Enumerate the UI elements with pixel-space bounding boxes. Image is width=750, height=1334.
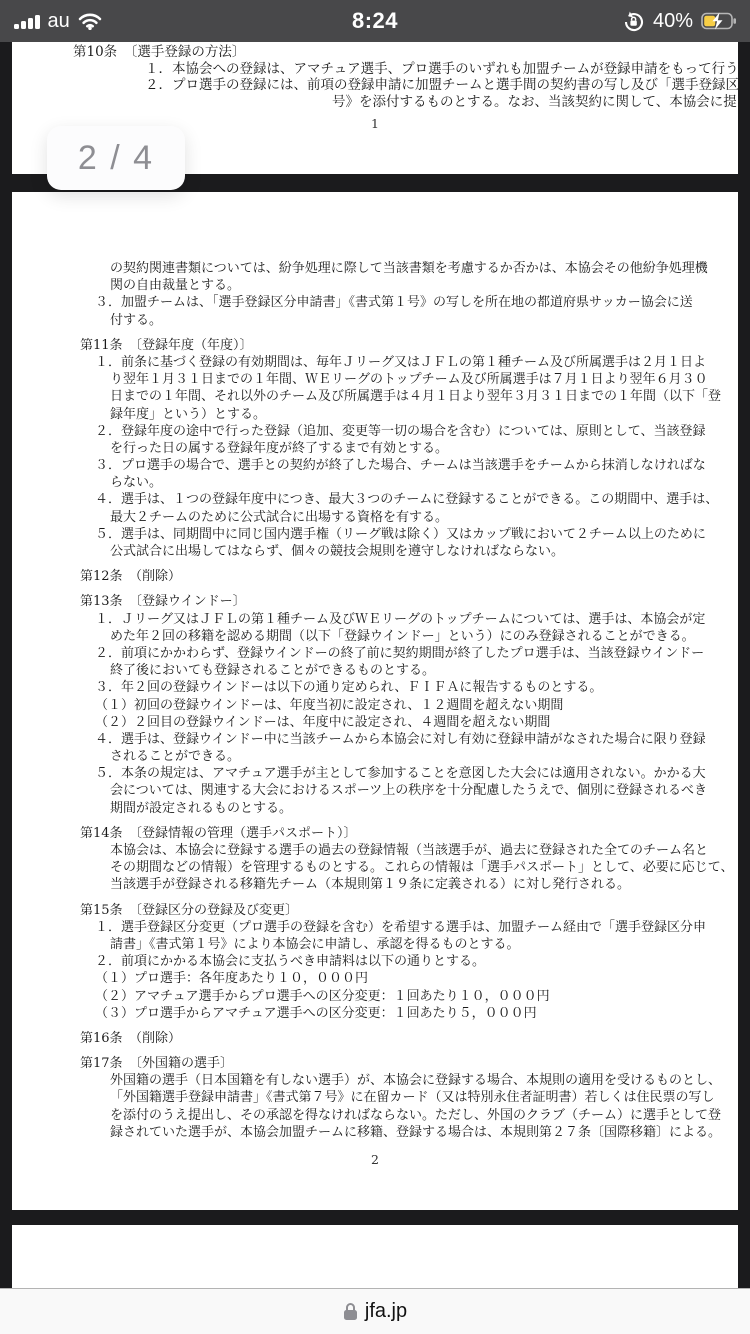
document-line: （２）アマチュア選手からプロ選手への区分変更：１回あたり１０，０００円 [12,988,738,1005]
pdf-page-3[interactable] [12,1225,738,1288]
document-line: めた年２回の移籍を認める期間（以下「登録ウインドー」という）にのみ登録されること… [12,628,738,645]
page2-number: 2 [12,1152,738,1167]
document-line: ２．登録年度の途中で行った登録（追加、変更等一切の場合を含む）については、原則と… [12,423,738,440]
document-line: 付する。 [12,312,738,329]
document-line: 第16条 （削除） [12,1030,738,1047]
document-line: 会については、関連する大会におけるスポーツ上の秩序を十分配慮したうえで、個別に登… [12,782,738,799]
document-line: ５．選手は、同期間中に同じ国内選手権（リーグ戦は除く）又はカップ戦において２チー… [12,526,738,543]
document-line: ２．プロ選手の登録には、前項の登録申請に加盟チームと選手間の契約書の写し及び「選… [12,77,738,94]
document-line: ３．年２回の登録ウインドーは以下の通り定められ、ＦＩＦＡに報告するものとする。 [12,679,738,696]
document-line: の契約関連書類については、紛争処理に際して当該書類を考慮するか否かは、本協会その… [12,260,738,277]
document-line: 日までの１年間、それ以外のチーム及び所属選手は４月１日より翌年３月３１日までの１… [12,388,738,405]
document-line: 最大２チームのために公式試合に出場する資格を有する。 [12,509,738,526]
document-line: 公式試合に出場してはならず、個々の競技会規則を遵守しなければならない。 [12,543,738,560]
document-line: ３．プロ選手の場合で、選手との契約が終了した場合、チームは当該選手をチームから抹… [12,457,738,474]
document-line: ２．前項にかかわらず、登録ウインドーの終了前に契約期間が終了したプロ選手は、当該… [12,645,738,662]
battery-percent-label: 40% [653,10,693,33]
rotation-lock-icon [622,10,645,33]
document-line: （１）初回の登録ウインドーは、年度当初に設定され、１２週間を超えない期間 [12,697,738,714]
page-indicator-badge: 2 / 4 [47,126,185,190]
lock-icon [343,1302,358,1321]
document-line: り翌年１月３１日までの１年間、ＷＥリーグのトップチーム及び所属選手は７月１日より… [12,371,738,388]
document-line: 当該選手が登録される移籍先チーム（本規則第１９条に定義される）に対し発行される。 [12,876,738,893]
document-line: 外国籍の選手（日本国籍を有しない選手）が、本協会に登録する場合、本規則の適用を受… [12,1072,738,1089]
pdf-viewer[interactable]: 第10条 〔選手登録の方法〕１．本協会への登録は、アマチュア選手、プロ選手のいず… [0,42,750,1288]
status-bar-right: 40% [622,0,738,42]
document-line: 第17条 〔外国籍の選手〕 [12,1055,738,1072]
document-line: らない。 [12,474,738,491]
document-line: （２）２回目の登録ウインドーは、年度中に設定され、４週間を超えない期間 [12,714,738,731]
document-line: 第13条 〔登録ウインドー〕 [12,593,738,610]
document-line: 第14条 〔登録情報の管理（選手パスポート）〕 [12,825,738,842]
document-line [12,1022,738,1030]
document-line: を行った日の属する登録年度が終了するまで有効とする。 [12,440,738,457]
page1-lines: 第10条 〔選手登録の方法〕１．本協会への登録は、アマチュア選手、プロ選手のいず… [12,44,738,110]
page2-lines: の契約関連書類については、紛争処理に際して当該書類を考慮するか否かは、本協会その… [12,260,738,1141]
document-line: １．Ｊリーグ又はＪＦＬの第１種チーム及びＷＥリーグのトップチームについては、選手… [12,611,738,628]
status-bar-left: au [14,0,102,42]
document-line [12,1047,738,1055]
document-line: ５．本条の規定は、アマチュア選手が主として参加することを意図した大会には適用され… [12,765,738,782]
document-line: 終了後においても登録されることができるものとする。 [12,662,738,679]
document-line: 第11条 〔登録年度（年度）〕 [12,337,738,354]
document-line [12,560,738,568]
document-line: １．選手登録区分変更（プロ選手の登録を含む）を希望する選手は、加盟チーム経由で「… [12,919,738,936]
document-line: ４．選手は、１つの登録年度中につき、最大３つのチームに登録することができる。この… [12,491,738,508]
document-line [12,329,738,337]
wifi-icon [78,12,102,30]
document-line [12,585,738,593]
document-line: されることができる。 [12,748,738,765]
document-line [12,894,738,902]
document-line: 請書」《書式第１号》により本協会に申請し、承認を得るものとする。 [12,936,738,953]
document-line: 関の自由裁量とする。 [12,277,738,294]
document-line: （３）プロ選手からアマチュア選手への区分変更：１回あたり５，０００円 [12,1005,738,1022]
document-line: 第12条 （削除） [12,568,738,585]
document-line: １．本協会への登録は、アマチュア選手、プロ選手のいずれも加盟チームが登録申請をも… [12,61,738,78]
document-line: ４．選手は、登録ウインドー中に当該チームから本協会に対し有効に登録申請がなされた… [12,731,738,748]
safari-url-bar[interactable]: jfa.jp [0,1288,750,1334]
document-line: 本協会は、本協会に登録する選手の過去の登録情報（当該選手が、過去に登録された全て… [12,842,738,859]
document-line: 第15条 〔登録区分の登録及び変更〕 [12,902,738,919]
document-line: １．前条に基づく登録の有効期間は、毎年Ｊリーグ又はＪＦＬの第１種チーム及び所属選… [12,354,738,371]
document-line: 第10条 〔選手登録の方法〕 [12,44,738,61]
url-domain: jfa.jp [365,1300,407,1323]
document-line: 録年度」という）とする。 [12,406,738,423]
carrier-label: au [48,10,70,33]
cellular-signal-icon [14,14,40,29]
pdf-page-2[interactable]: の契約関連書類については、紛争処理に際して当該書類を考慮するか否かは、本協会その… [12,192,738,1210]
iphone-screen: 8:24 au 40% [0,0,750,1334]
charging-bolt-icon [713,13,723,30]
document-line: 「外国籍選手登録申請書」《書式第７号》に在留カード（又は特別永住者証明書）若しく… [12,1089,738,1106]
document-line: その期間などの情報）を管理するものとする。これらの情報は「選手パスポート」として… [12,859,738,876]
document-line: 号》を添付するものとする。なお、当該契約に関して、本協会に提出されていない別途 [12,94,738,111]
document-line: を添付のうえ提出し、その承認を得なければならない。ただし、外国のクラブ（チーム）… [12,1107,738,1124]
document-line [12,817,738,825]
document-line: ３．加盟チームは、「選手登録区分申請書」《書式第１号》の写しを所在地の都道府県サ… [12,294,738,311]
document-line: ２．前項にかかる本協会に支払うべき申請料は以下の通りとする。 [12,953,738,970]
battery-icon [701,12,738,30]
status-bar: 8:24 au 40% [0,0,750,42]
document-line: 期間が設定されるものとする。 [12,800,738,817]
document-line: （１）プロ選手：各年度あたり１０，０００円 [12,970,738,987]
document-line: 録されていた選手が、本協会加盟チームに移籍、登録する場合は、本規則第２７条〔国際… [12,1124,738,1141]
